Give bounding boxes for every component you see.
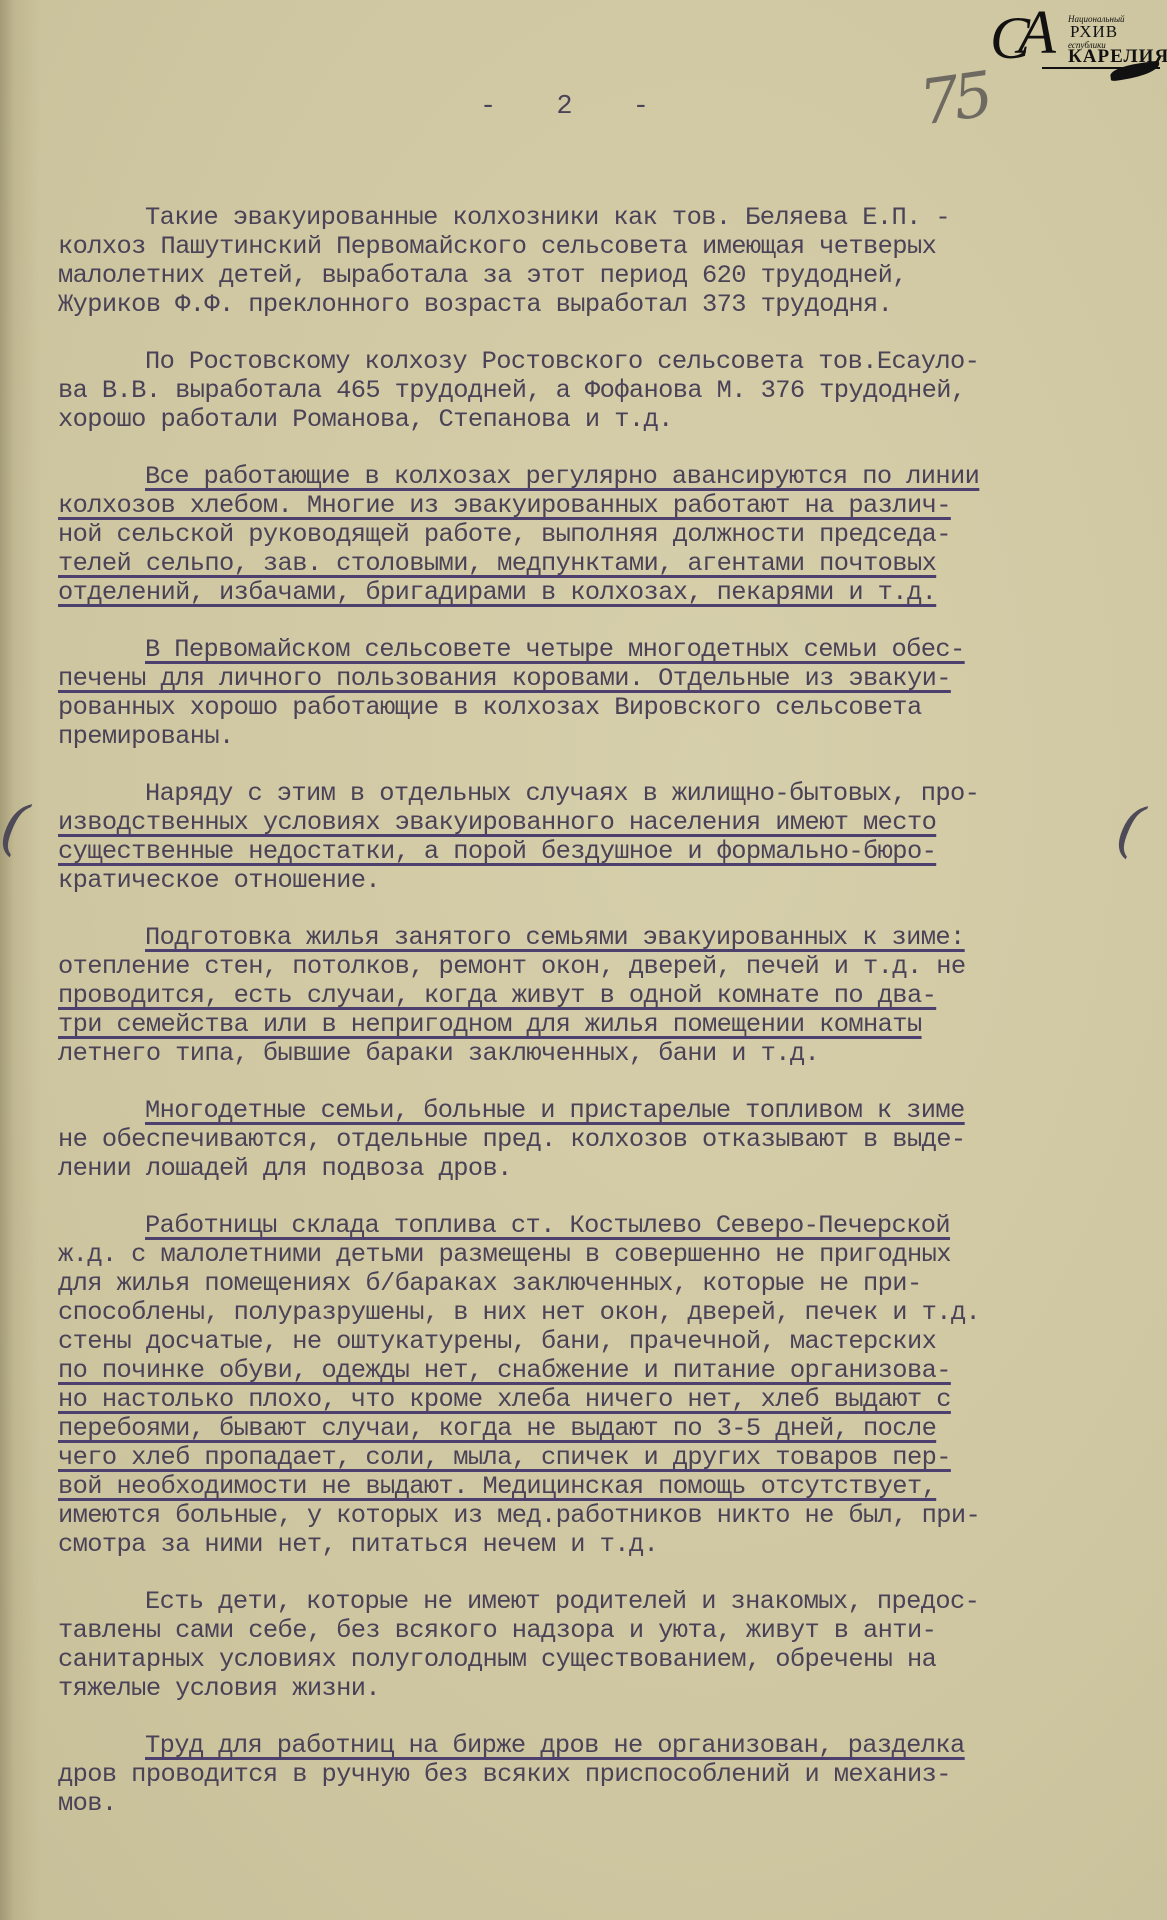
text-line-content: Работницы склада топлива ст. Костылево С… — [145, 1211, 950, 1240]
text-line-content: Многодетные семьи, больные и пристарелые… — [145, 1096, 965, 1125]
text-line-content: имеются больные, у которых из мед.работн… — [58, 1501, 980, 1530]
text-line-content: рованных хорошо работающие в колхозах Ви… — [58, 693, 922, 722]
text-line-content: чего хлеб пропадает, соли, мыла, спичек … — [58, 1443, 951, 1472]
text-line: колхозов хлебом. Многие из эвакуированны… — [58, 491, 1128, 520]
text-line-content: проводится, есть случаи, когда живут в о… — [58, 981, 936, 1010]
text-line: три семейства или в непригодном для жиль… — [58, 1010, 1128, 1039]
paragraph: Труд для работниц на бирже дров не орган… — [58, 1731, 1128, 1818]
text-line: но настолько плохо, что кроме хлеба ниче… — [58, 1385, 1128, 1414]
archive-logo: С А Национальный РХИВ еспублики КАРЕЛИЯ — [990, 8, 1165, 78]
text-line-content: изводственных условиях эвакуированного н… — [58, 808, 936, 837]
text-line: не обеспечиваются, отдельные пред. колхо… — [58, 1125, 1128, 1154]
text-line: тавлены сами себе, без всякого надзора и… — [58, 1616, 1128, 1645]
text-line-content: телей сельпо, зав. столовыми, медпунктам… — [58, 549, 936, 578]
text-line-content: хорошо работали Романова, Степанова и т.… — [58, 405, 673, 434]
folio-number-handwritten: 75 — [915, 58, 991, 140]
paragraph: Есть дети, которые не имеют родителей и … — [58, 1587, 1128, 1703]
logo-line-archive: РХИВ — [1070, 22, 1118, 42]
paragraph: Все работающие в колхозах регулярно аван… — [58, 462, 1128, 607]
text-line: Наряду с этим в отдельных случаях в жили… — [58, 779, 1128, 808]
text-line: по починке обуви, одежды нет, снабжение … — [58, 1356, 1128, 1385]
text-line: ж.д. с малолетними детьми размещены в со… — [58, 1240, 1128, 1269]
text-line-content: отделений, избачами, бригадирами в колхо… — [58, 578, 936, 607]
margin-bracket-left: ( — [0, 788, 34, 864]
text-line-content: В Первомайском сельсовете четыре многоде… — [145, 635, 965, 664]
text-line: чего хлеб пропадает, соли, мыла, спичек … — [58, 1443, 1128, 1472]
text-line-content: тавлены сами себе, без всякого надзора и… — [58, 1616, 936, 1645]
logo-initial-a: А — [1018, 2, 1056, 64]
text-line-content: По Ростовскому колхозу Ростовского сельс… — [145, 347, 979, 376]
text-line-content: колхоз Пашутинский Первомайского сельсов… — [58, 232, 936, 261]
document-page: С А Национальный РХИВ еспублики КАРЕЛИЯ … — [0, 0, 1167, 1920]
paragraph: Работницы склада топлива ст. Костылево С… — [58, 1211, 1128, 1559]
text-line-content: Такие эвакуированные колхозники как тов.… — [145, 203, 950, 232]
text-line-content: мов. — [58, 1789, 117, 1818]
text-line: Подготовка жилья занятого семьями эвакуи… — [58, 923, 1128, 952]
text-line-content: дров проводится в ручную без всяких прис… — [58, 1760, 951, 1789]
text-line: стены досчатые, не оштукатурены, бани, п… — [58, 1327, 1128, 1356]
text-line: Многодетные семьи, больные и пристарелые… — [58, 1096, 1128, 1125]
text-line: ной сельской руководящей работе, выполня… — [58, 520, 1128, 549]
text-line-content: Наряду с этим в отдельных случаях в жили… — [145, 779, 979, 808]
text-line: имеются больные, у которых из мед.работн… — [58, 1501, 1128, 1530]
text-line-content: стены досчатые, не оштукатурены, бани, п… — [58, 1327, 936, 1356]
paragraph: Подготовка жилья занятого семьями эвакуи… — [58, 923, 1128, 1068]
text-line: ва В.В. выработала 465 трудодней, а Фофа… — [58, 376, 1128, 405]
text-line-content: Все работающие в колхозах регулярно аван… — [145, 462, 979, 491]
text-line: Труд для работниц на бирже дров не орган… — [58, 1731, 1128, 1760]
text-line-content: тяжелые условия жизни. — [58, 1674, 380, 1703]
text-line: телей сельпо, зав. столовыми, медпунктам… — [58, 549, 1128, 578]
text-line: малолетних детей, выработала за этот пер… — [58, 261, 1128, 290]
text-line-content: ной сельской руководящей работе, выполня… — [58, 520, 951, 549]
paragraph: Такие эвакуированные колхозники как тов.… — [58, 203, 1128, 319]
text-line: существенные недостатки, а порой бездушн… — [58, 837, 1128, 866]
text-line: Журиков Ф.Ф. преклонного возраста вырабо… — [58, 290, 1128, 319]
text-line: рованных хорошо работающие в колхозах Ви… — [58, 693, 1128, 722]
text-line-content: санитарных условиях полуголодным существ… — [58, 1645, 936, 1674]
paragraph: Многодетные семьи, больные и пристарелые… — [58, 1096, 1128, 1183]
text-line: смотра за ними нет, питаться нечем и т.д… — [58, 1530, 1128, 1559]
text-line: Такие эвакуированные колхозники как тов.… — [58, 203, 1128, 232]
text-line: способлены, полуразрушены, в них нет око… — [58, 1298, 1128, 1327]
text-line-content: не обеспечиваются, отдельные пред. колхо… — [58, 1125, 966, 1154]
text-line: мов. — [58, 1789, 1128, 1818]
text-line-content: премированы. — [58, 722, 234, 751]
text-line: для жилья помещениях б/бараках заключенн… — [58, 1269, 1128, 1298]
text-line-content: перебоями, бывают случаи, когда не выдаю… — [58, 1414, 936, 1443]
text-line: кратическое отношение. — [58, 866, 1128, 895]
text-line: Все работающие в колхозах регулярно аван… — [58, 462, 1128, 491]
text-line: перебоями, бывают случаи, когда не выдаю… — [58, 1414, 1128, 1443]
text-line-content: но настолько плохо, что кроме хлеба ниче… — [58, 1385, 951, 1414]
text-line-content: Подготовка жилья занятого семьями эвакуи… — [145, 923, 965, 952]
text-line: премированы. — [58, 722, 1128, 751]
text-line-content: отепление стен, потолков, ремонт окон, д… — [58, 952, 966, 981]
text-line-content: существенные недостатки, а порой бездушн… — [58, 837, 936, 866]
text-line: дров проводится в ручную без всяких прис… — [58, 1760, 1128, 1789]
text-line: колхоз Пашутинский Первомайского сельсов… — [58, 232, 1128, 261]
text-line: изводственных условиях эвакуированного н… — [58, 808, 1128, 837]
text-line: тяжелые условия жизни. — [58, 1674, 1128, 1703]
text-line: проводится, есть случаи, когда живут в о… — [58, 981, 1128, 1010]
text-line: вой необходимости не выдают. Медицинская… — [58, 1472, 1128, 1501]
text-line: лении лошадей для подвоза дров. — [58, 1154, 1128, 1183]
text-line-content: лении лошадей для подвоза дров. — [58, 1154, 512, 1183]
text-line: летнего типа, бывшие бараки заключенных,… — [58, 1039, 1128, 1068]
document-body: Такие эвакуированные колхозники как тов.… — [58, 203, 1128, 1846]
text-line-content: три семейства или в непригодном для жиль… — [58, 1010, 922, 1039]
text-line: Есть дети, которые не имеют родителей и … — [58, 1587, 1128, 1616]
text-line-content: малолетних детей, выработала за этот пер… — [58, 261, 907, 290]
page-number: - 2 - — [480, 92, 651, 122]
text-line-content: ва В.В. выработала 465 трудодней, а Фофа… — [58, 376, 966, 405]
text-line-content: для жилья помещениях б/бараках заключенн… — [58, 1269, 922, 1298]
text-line-content: по починке обуви, одежды нет, снабжение … — [58, 1356, 951, 1385]
text-line: хорошо работали Романова, Степанова и т.… — [58, 405, 1128, 434]
text-line: отепление стен, потолков, ремонт окон, д… — [58, 952, 1128, 981]
paragraph: В Первомайском сельсовете четыре многоде… — [58, 635, 1128, 751]
text-line: санитарных условиях полуголодным существ… — [58, 1645, 1128, 1674]
text-line-content: способлены, полуразрушены, в них нет око… — [58, 1298, 980, 1327]
text-line-content: ж.д. с малолетними детьми размещены в со… — [58, 1240, 951, 1269]
text-line: По Ростовскому колхозу Ростовского сельс… — [58, 347, 1128, 376]
text-line: отделений, избачами, бригадирами в колхо… — [58, 578, 1128, 607]
text-line-content: печены для личного пользования коровами.… — [58, 664, 951, 693]
text-line-content: летнего типа, бывшие бараки заключенных,… — [58, 1039, 819, 1068]
text-line-content: Есть дети, которые не имеют родителей и … — [145, 1587, 979, 1616]
text-line-content: Труд для работниц на бирже дров не орган… — [145, 1731, 965, 1760]
text-line-content: Журиков Ф.Ф. преклонного возраста вырабо… — [58, 290, 892, 319]
text-line-content: вой необходимости не выдают. Медицинская… — [58, 1472, 936, 1501]
text-line: Работницы склада топлива ст. Костылево С… — [58, 1211, 1128, 1240]
text-line: В Первомайском сельсовете четыре многоде… — [58, 635, 1128, 664]
paragraph: По Ростовскому колхозу Ростовского сельс… — [58, 347, 1128, 434]
text-line-content: смотра за ними нет, питаться нечем и т.д… — [58, 1530, 658, 1559]
paragraph: Наряду с этим в отдельных случаях в жили… — [58, 779, 1128, 895]
text-line-content: кратическое отношение. — [58, 866, 380, 895]
text-line: печены для личного пользования коровами.… — [58, 664, 1128, 693]
text-line-content: колхозов хлебом. Многие из эвакуированны… — [58, 491, 951, 520]
